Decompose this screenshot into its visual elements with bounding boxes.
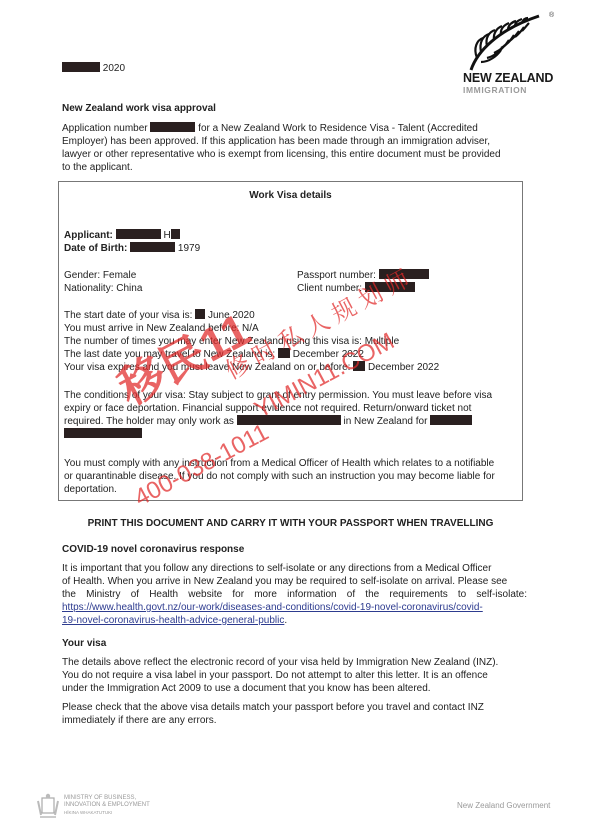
intro-line2: Employer) has been approved. If this app… xyxy=(62,135,532,148)
covid-line2: of Health. When you arrive in New Zealan… xyxy=(62,575,527,588)
coat-of-arms-icon xyxy=(36,793,60,819)
redacted-employer-cont xyxy=(64,428,142,438)
redacted-employer xyxy=(430,415,472,425)
your-visa-paragraph1: The details above reflect the electronic… xyxy=(62,656,532,695)
link-period: . xyxy=(284,615,287,626)
intro-paragraph: Application number for a New Zealand Wor… xyxy=(62,122,532,174)
redacted-day-month xyxy=(62,62,100,72)
health-website-link-cont[interactable]: 19-novel-coronavirus-health-advice-gener… xyxy=(62,615,284,626)
logo-title: NEW ZEALAND xyxy=(463,72,555,85)
your-visa-p1-line3: under the Immigration Act 2009 to use a … xyxy=(62,682,532,695)
health-line2: or quarantinable disease. If you do not … xyxy=(64,470,519,483)
dob-row: Date of Birth: 1979 xyxy=(64,242,200,255)
your-visa-p1-line2: You do not require a visa label in your … xyxy=(62,669,532,682)
details-heading: Work Visa details xyxy=(59,189,522,202)
your-visa-heading: Your visa xyxy=(62,637,106,650)
your-visa-p1-line1: The details above reflect the electronic… xyxy=(62,656,532,669)
dob-year: 1979 xyxy=(178,243,200,254)
intro-line1: for a New Zealand Work to Residence Visa… xyxy=(198,123,478,134)
letter-title: New Zealand work visa approval xyxy=(62,102,216,115)
intro-prefix: Application number xyxy=(62,123,148,134)
covid-paragraph: It is important that you follow any dire… xyxy=(62,562,527,627)
applicant-suffix: H xyxy=(163,230,170,241)
redacted-application-number xyxy=(150,122,195,132)
covid-line1: It is important that you follow any dire… xyxy=(62,562,527,575)
trademark-icon: ® xyxy=(549,12,554,19)
health-website-link[interactable]: https://www.health.govt.nz/our-work/dise… xyxy=(62,602,483,613)
applicant-row: Applicant: H xyxy=(64,229,180,242)
ministry-line2: INNOVATION & EMPLOYMENT xyxy=(64,802,150,809)
intro-line4: to the applicant. xyxy=(62,161,532,174)
conditions-line3b: in New Zealand for xyxy=(343,416,427,427)
gender: Gender: Female xyxy=(64,269,136,282)
expiry-value: December 2022 xyxy=(368,362,439,373)
covid-line3: the Ministry of Health website for more … xyxy=(62,588,527,601)
nz-government-logo: New Zealand Government xyxy=(457,801,550,810)
logo-subtitle: IMMIGRATION xyxy=(463,85,555,95)
nationality: Nationality: China xyxy=(64,282,142,295)
ministry-line1: MINISTRY OF BUSINESS, xyxy=(64,795,150,802)
redacted-applicant-surname xyxy=(171,229,180,239)
your-visa-p2-line2: immediately if there are any errors. xyxy=(62,714,532,727)
applicant-label: Applicant: xyxy=(64,230,113,241)
your-visa-paragraph2: Please check that the above visa details… xyxy=(62,701,532,727)
silver-fern-icon xyxy=(467,12,547,72)
redacted-dob xyxy=(130,242,175,252)
date-year: 2020 xyxy=(103,63,125,74)
letter-date: 2020 xyxy=(62,62,125,75)
covid-heading: COVID-19 novel coronavirus response xyxy=(62,543,244,556)
health-line1: You must comply with any instruction fro… xyxy=(64,457,519,470)
intro-line3: lawyer or other representative who is ex… xyxy=(62,148,532,161)
redacted-applicant-name xyxy=(116,229,161,239)
dob-label: Date of Birth: xyxy=(64,243,127,254)
ministry-line3: HĪKINA WHAKATUTUKI xyxy=(64,809,150,816)
start-date-label: The start date of your visa is: xyxy=(64,310,192,321)
conditions-line3a: required. The holder may only work as xyxy=(64,416,234,427)
print-notice: PRINT THIS DOCUMENT AND CARRY IT WITH YO… xyxy=(58,517,523,530)
your-visa-p2-line1: Please check that the above visa details… xyxy=(62,701,532,714)
nz-immigration-logo: ® NEW ZEALAND IMMIGRATION xyxy=(463,12,555,95)
